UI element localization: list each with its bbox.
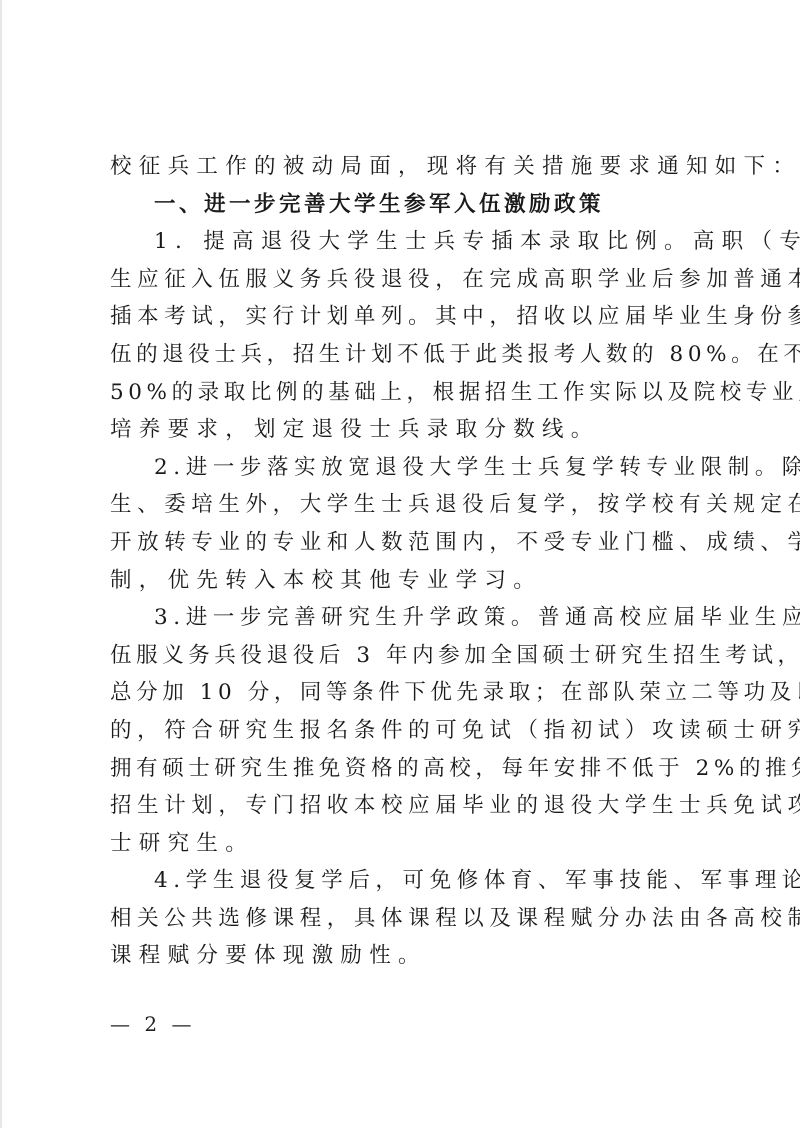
paragraph-2-line: 制，优先转入本校其他专业学习。 — [110, 562, 702, 600]
page-number: — 2 — — [110, 1012, 195, 1036]
paragraph-2-line: 生、委培生外，大学生士兵退役后复学，按学校有关规定在当年 — [110, 486, 702, 524]
document-body: 校征兵工作的被动局面，现将有关措施要求通知如下： 一、进一步完善大学生参军入伍激… — [110, 148, 702, 975]
paragraph-1-line: 伍的退役士兵，招生计划不低于此类报考人数的 80%。在不低于 — [110, 336, 702, 374]
page-edge — [0, 0, 2, 1128]
paragraph-1-line: 生应征入伍服义务兵役退役，在完成高职学业后参加普通本科专 — [110, 261, 702, 299]
paragraph-2-line: 2.进一步落实放宽退役大学生士兵复学转专业限制。除定向 — [110, 449, 702, 487]
paragraph-3-line: 的，符合研究生报名条件的可免试（指初试）攻读硕士研究生。 — [110, 712, 702, 750]
paragraph-1-line: 1. 提高退役大学生士兵专插本录取比例。高职（专科）学 — [110, 223, 702, 261]
paragraph-3-line: 士研究生。 — [110, 825, 702, 863]
paragraph-4-line: 相关公共选修课程，具体课程以及课程赋分办法由各高校制定， — [110, 900, 702, 938]
paragraph-1-line: 培养要求，划定退役士兵录取分数线。 — [110, 411, 702, 449]
paragraph-3-line: 伍服义务兵役退役后 3 年内参加全国硕士研究生招生考试，初试 — [110, 637, 702, 675]
paragraph-3-line: 3.进一步完善研究生升学政策。普通高校应届毕业生应征入 — [110, 599, 702, 637]
paragraph-3-line: 拥有硕士研究生推免资格的高校，每年安排不低于 2%的推免生 — [110, 750, 702, 788]
paragraph-3-line: 招生计划，专门招收本校应届毕业的退役大学生士兵免试攻读硕 — [110, 787, 702, 825]
paragraph-1-line: 50%的录取比例的基础上，根据招生工作实际以及院校专业人才 — [110, 374, 702, 412]
paragraph-4-line: 4.学生退役复学后，可免修体育、军事技能、军事理论以及 — [110, 862, 702, 900]
section-heading: 一、进一步完善大学生参军入伍激励政策 — [110, 186, 702, 224]
paragraph-3-line: 总分加 10 分，同等条件下优先录取；在部队荣立二等功及以上 — [110, 674, 702, 712]
intro-line: 校征兵工作的被动局面，现将有关措施要求通知如下： — [110, 148, 702, 186]
paragraph-1-line: 插本考试，实行计划单列。其中，招收以应届毕业生身份参军入 — [110, 298, 702, 336]
paragraph-2-line: 开放转专业的专业和人数范围内，不受专业门槛、成绩、学科限 — [110, 524, 702, 562]
paragraph-4-line: 课程赋分要体现激励性。 — [110, 937, 702, 975]
